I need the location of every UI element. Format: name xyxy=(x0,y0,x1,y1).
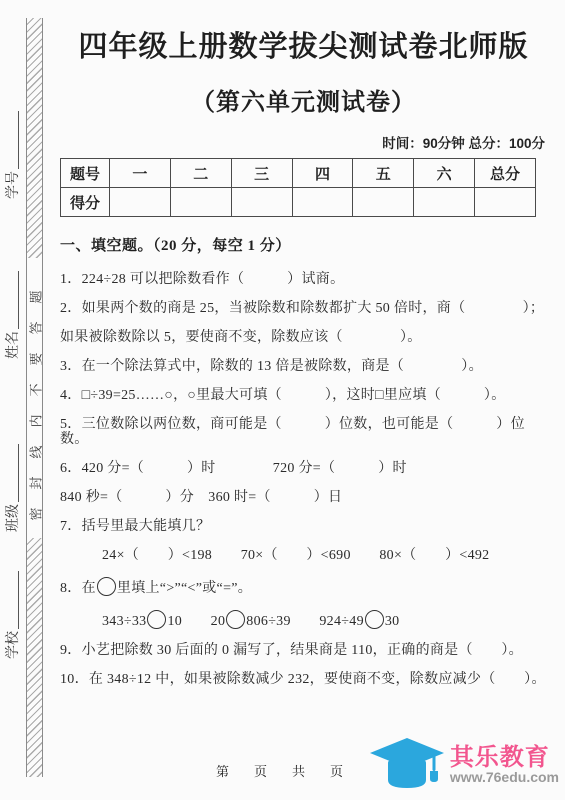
question-line: 6．420 分=（ ）时 720 分=（ ）时 xyxy=(60,461,547,476)
comparison-circle xyxy=(365,610,384,629)
student-info-margin: 学号姓名班级学校 xyxy=(0,0,26,800)
score-table: 题号一二三四五六总分 得分 xyxy=(60,158,536,217)
question-text: 840 秒=（ ）分 360 时=（ ）日 xyxy=(60,490,342,505)
question-text: 2．如果两个数的商是 25，当被除数和除数都扩大 50 倍时，商（ ）； xyxy=(60,301,544,316)
seal-hatch-top xyxy=(27,18,42,258)
seal-label: 姓名 xyxy=(1,259,23,371)
comparison-circle xyxy=(97,577,116,596)
score-table-column-header: 五 xyxy=(353,159,414,188)
question-line: 5．三位数除以两位数，商可能是（ ）位数，也可能是（ ）位数。 xyxy=(60,417,547,447)
question-text: 30 xyxy=(385,614,400,629)
seal-phrase-box: 密封线内不要答题 xyxy=(27,258,42,538)
question-text: 里填上“>”“<”或“=”。 xyxy=(117,581,252,596)
question-line: 3．在一个除法算式中，除数的 13 倍是被除数，商是（ ）。 xyxy=(60,359,547,374)
question-line: 如果被除数除以 5，要使商不变，除数应该（ ）。 xyxy=(60,330,547,345)
question-text: 7．括号里最大能填几？ xyxy=(60,519,210,534)
questions: 1．224÷28 可以把除数看作（ ）试商。2．如果两个数的商是 25，当被除数… xyxy=(60,272,547,687)
question-line: 24×（ ）<198 70×（ ）<690 80×（ ）<492 xyxy=(60,548,547,563)
question-text: 24×（ ）<198 70×（ ）<690 80×（ ）<492 xyxy=(102,548,489,563)
seal-label: 班级 xyxy=(1,432,23,544)
score-cell xyxy=(110,188,171,217)
logo-brand-name: 其乐教育 xyxy=(450,745,550,770)
question-text: 10 20 xyxy=(167,614,225,629)
question-text: 10．在 348÷12 中，如果被除数减少 232，要使商不变，除数应减少（ ）… xyxy=(60,672,546,687)
question-text: 4．□÷39=25……○，○里最大可填（ ），这时□里应填（ ）。 xyxy=(60,388,506,403)
logo-website: www.76edu.com xyxy=(450,770,559,785)
question-text: 9．小艺把除数 30 后面的 0 漏写了，结果商是 110，正确的商是（ ）。 xyxy=(60,643,523,658)
question-text: 8．在 xyxy=(60,581,96,596)
exam-paper-page: 学号姓名班级学校 密封线内不要答题 四年级上册数学拔尖测试卷北师版 （第六单元测… xyxy=(0,0,565,800)
question-text: 3．在一个除法算式中，除数的 13 倍是被除数，商是（ ）。 xyxy=(60,359,483,374)
score-table-score-row: 得分 xyxy=(61,188,536,217)
question-text: 6．420 分=（ ）时 720 分=（ ）时 xyxy=(60,461,407,476)
time-score-info: 时间：90分钟 总分：100分 xyxy=(60,132,545,152)
question-text: 如果被除数除以 5，要使商不变，除数应该（ ）。 xyxy=(60,330,422,345)
question-line: 343÷3310 20806÷39 924÷4930 xyxy=(60,610,547,629)
seal-phrase-text: 密封线内不要答题 xyxy=(26,263,45,529)
question-text: 5．三位数除以两位数，商可能是（ ）位数，也可能是（ ）位数。 xyxy=(60,417,525,447)
score-table-column-header: 一 xyxy=(110,159,171,188)
question-text: 343÷33 xyxy=(102,614,146,629)
fill-in-line xyxy=(6,444,19,502)
paper-content: 四年级上册数学拔尖测试卷北师版 （第六单元测试卷） 时间：90分钟 总分：100… xyxy=(60,0,547,701)
score-table-column-header: 四 xyxy=(292,159,353,188)
logo-text: 其乐教育 www.76edu.com xyxy=(450,745,559,785)
score-cell xyxy=(353,188,414,217)
score-cell xyxy=(170,188,231,217)
seal-line-strip: 密封线内不要答题 xyxy=(26,18,43,777)
comparison-circle xyxy=(226,610,245,629)
score-table-column-header: 六 xyxy=(414,159,475,188)
score-table-column-header: 三 xyxy=(231,159,292,188)
fill-in-line xyxy=(6,271,19,329)
score-table-corner-cell: 题号 xyxy=(61,159,110,188)
score-table-column-header: 二 xyxy=(170,159,231,188)
fill-in-line xyxy=(6,571,19,629)
seal-label-text: 姓名 xyxy=(2,331,22,359)
score-row-label: 得分 xyxy=(61,188,110,217)
question-line: 8．在里填上“>”“<”或“=”。 xyxy=(60,577,547,596)
question-line: 7．括号里最大能填几？ xyxy=(60,519,547,534)
question-line: 10．在 348÷12 中，如果被除数减少 232，要使商不变，除数应减少（ ）… xyxy=(60,672,547,687)
seal-label-text: 学号 xyxy=(2,171,22,199)
score-cell xyxy=(475,188,536,217)
seal-label: 学校 xyxy=(1,559,23,671)
question-line: 2．如果两个数的商是 25，当被除数和除数都扩大 50 倍时，商（ ）； xyxy=(60,301,547,316)
question-line: 840 秒=（ ）分 360 时=（ ）日 xyxy=(60,490,547,505)
section-heading: 一、填空题。（20 分，每空 1 分） xyxy=(60,234,547,255)
score-table-column-header: 总分 xyxy=(475,159,536,188)
paper-title: 四年级上册数学拔尖测试卷北师版 xyxy=(60,24,547,65)
question-text: 1．224÷28 可以把除数看作（ ）试商。 xyxy=(60,272,344,287)
question-line: 9．小艺把除数 30 后面的 0 漏写了，结果商是 110，正确的商是（ ）。 xyxy=(60,643,547,658)
question-line: 1．224÷28 可以把除数看作（ ）试商。 xyxy=(60,272,547,287)
seal-label-text: 学校 xyxy=(2,631,22,659)
score-cell xyxy=(231,188,292,217)
question-text: 806÷39 924÷49 xyxy=(246,614,364,629)
comparison-circle xyxy=(147,610,166,629)
score-cell xyxy=(414,188,475,217)
graduation-cap-icon xyxy=(368,736,446,794)
score-cell xyxy=(292,188,353,217)
publisher-logo: 其乐教育 www.76edu.com xyxy=(368,736,559,794)
fill-in-line xyxy=(6,111,19,169)
seal-hatch-bottom xyxy=(27,538,42,778)
seal-label: 学号 xyxy=(1,99,23,211)
question-line: 4．□÷39=25……○，○里最大可填（ ），这时□里应填（ ）。 xyxy=(60,388,547,403)
paper-subtitle: （第六单元测试卷） xyxy=(60,82,547,117)
seal-label-text: 班级 xyxy=(2,504,22,532)
score-table-header-row: 题号一二三四五六总分 xyxy=(61,159,536,188)
